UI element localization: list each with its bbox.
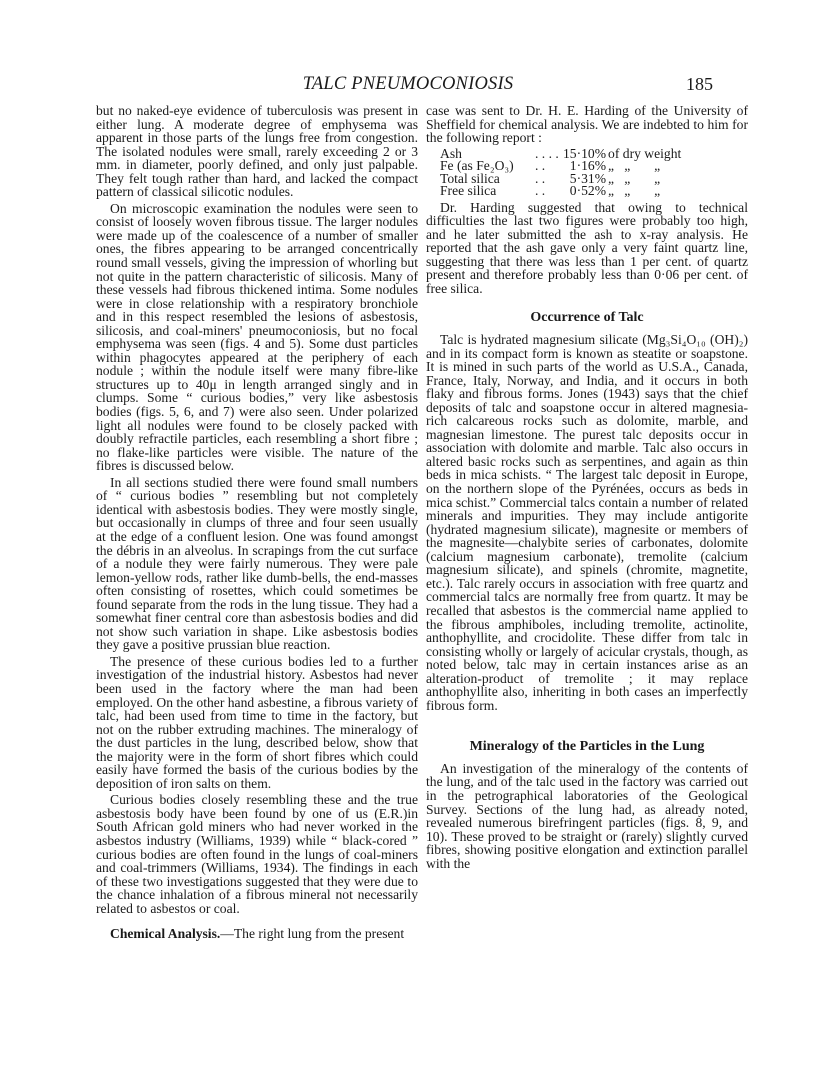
run-in-heading: Chemical Analysis. [110, 926, 220, 941]
paragraph: but no naked-eye evidence of tuberculosi… [96, 104, 418, 199]
paragraph: Curious bodies closely resembling these … [96, 793, 418, 915]
paragraph: Talc is hydrated magnesium silicate (Mg₃… [426, 333, 748, 712]
report-value: 0·52% [563, 185, 608, 198]
page-number: 185 [686, 74, 713, 95]
paragraph: On microscopic examination the nodules w… [96, 202, 418, 473]
report-unit: „ „ „ [608, 185, 681, 198]
paragraph: In all sections studied there were found… [96, 476, 418, 652]
paragraph: An investigation of the mineralogy of th… [426, 762, 748, 870]
paragraph: case was sent to Dr. H. E. Harding of th… [426, 104, 748, 145]
paragraph: Dr. Harding suggested that owing to tech… [426, 201, 748, 296]
right-column: case was sent to Dr. H. E. Harding of th… [426, 104, 748, 870]
section-heading-mineralogy: Mineralogy of the Particles in the Lung [426, 740, 748, 754]
section-heading-occurrence-of-talc: Occurrence of Talc [426, 311, 748, 325]
chemical-analysis-paragraph: Chemical Analysis.—The right lung from t… [96, 927, 418, 941]
running-head: TALC PNEUMOCONIOSIS 185 [0, 74, 816, 98]
chemical-report-table: Ash . . . . 15·10% of dry weight Fe (as … [440, 148, 681, 198]
left-column: but no naked-eye evidence of tuberculosi… [96, 104, 418, 941]
paragraph: The presence of these curious bodies led… [96, 655, 418, 790]
report-label: Free silica [440, 185, 535, 198]
paragraph-text: —The right lung from the present [220, 926, 404, 941]
report-dots: . . [535, 185, 563, 198]
table-row: Free silica . . 0·52% „ „ „ [440, 185, 681, 198]
